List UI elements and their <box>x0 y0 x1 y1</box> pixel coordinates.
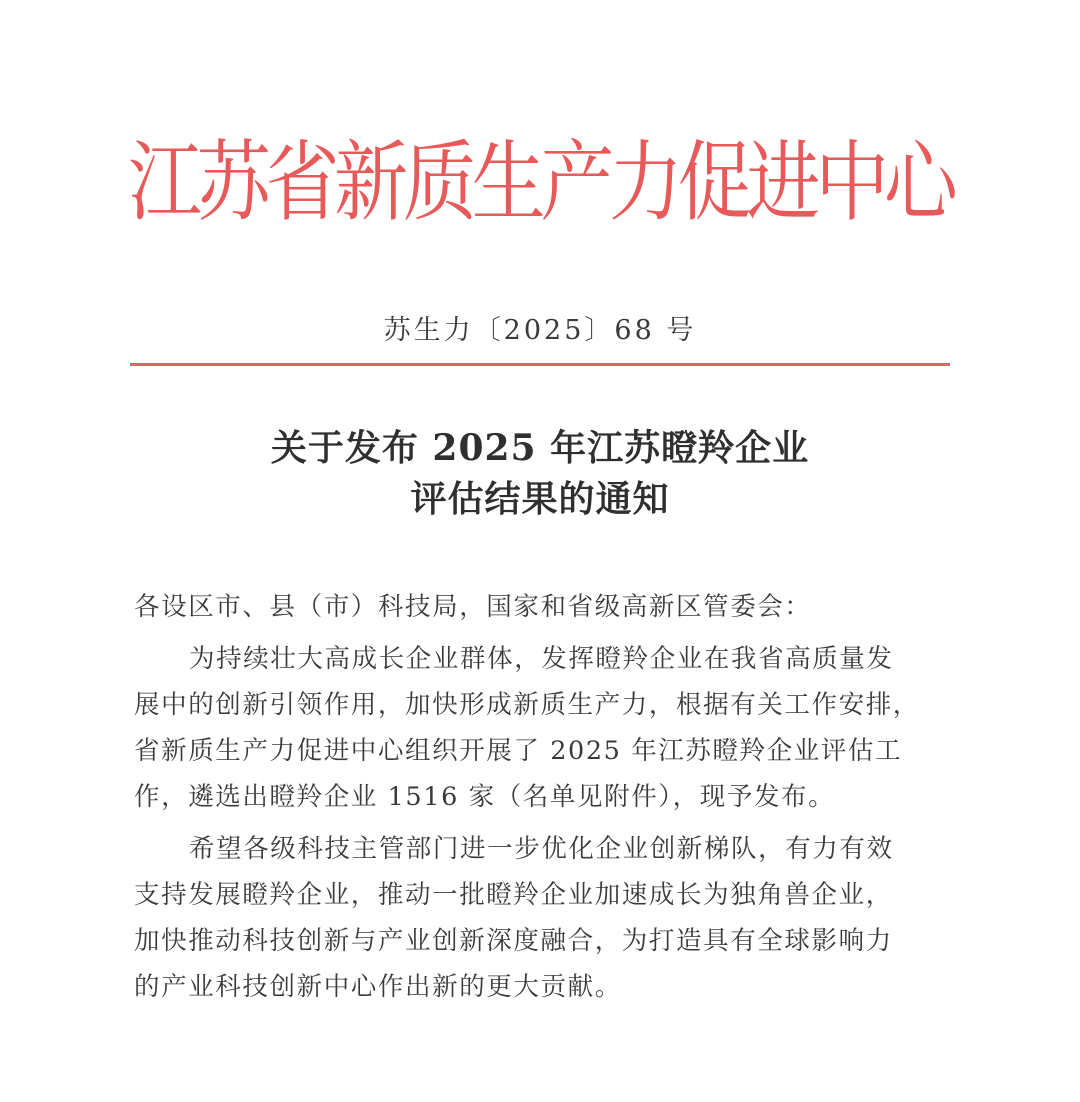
masthead-char: 生 <box>472 139 540 226</box>
masthead-char: 苏 <box>197 139 265 226</box>
masthead-char: 促 <box>678 139 746 226</box>
masthead-char: 产 <box>540 139 608 226</box>
masthead-org-name: 江 苏 省 新 质 生 产 力 促 进 中 心 <box>128 118 952 248</box>
paragraph-2: 希望各级科技主管部门进一步优化企业创新梯队，有力有效 支持发展瞪羚企业，推动一批… <box>134 826 949 1010</box>
masthead-char: 江 <box>128 139 196 226</box>
document-number: 苏生力〔2025〕68 号 <box>0 308 1080 347</box>
masthead-char: 省 <box>265 139 333 226</box>
title-line-1: 关于发布 2025 年江苏瞪羚企业 <box>0 423 1080 474</box>
paragraph-line: 为持续壮大高成长企业群体，发挥瞪羚企业在我省高质量发 <box>134 636 949 682</box>
paragraph-line: 希望各级科技主管部门进一步优化企业创新梯队，有力有效 <box>134 826 949 872</box>
masthead-char: 力 <box>609 139 677 226</box>
paragraph-1: 为持续壮大高成长企业群体，发挥瞪羚企业在我省高质量发 展中的创新引领作用，加快形… <box>134 636 949 820</box>
paragraph-line: 加快推动科技创新与产业创新深度融合，为打造具有全球影响力 <box>134 918 949 964</box>
paragraph-line: 省新质生产力促进中心组织开展了 2025 年江苏瞪羚企业评估工 <box>134 728 949 774</box>
paragraph-line: 作，遴选出瞪羚企业 1516 家（名单见附件），现予发布。 <box>134 774 949 820</box>
salutation: 各设区市、县（市）科技局，国家和省级高新区管委会： <box>134 584 949 630</box>
red-divider-rule <box>130 363 950 366</box>
masthead-char: 新 <box>334 139 402 226</box>
title-line-2: 评估结果的通知 <box>0 474 1080 525</box>
paragraph-line: 支持发展瞪羚企业，推动一批瞪羚企业加速成长为独角兽企业， <box>134 872 949 918</box>
masthead-char: 质 <box>403 139 471 226</box>
masthead-char: 中 <box>815 139 883 226</box>
document-title: 关于发布 2025 年江苏瞪羚企业 评估结果的通知 <box>0 423 1080 525</box>
paragraph-line: 的产业科技创新中心作出新的更大贡献。 <box>134 964 949 1010</box>
document-body: 各设区市、县（市）科技局，国家和省级高新区管委会： 为持续壮大高成长企业群体，发… <box>134 584 949 1010</box>
masthead-char: 心 <box>884 139 952 226</box>
masthead-char: 进 <box>746 139 814 226</box>
paragraph-line: 展中的创新引领作用，加快形成新质生产力，根据有关工作安排， <box>134 682 949 728</box>
